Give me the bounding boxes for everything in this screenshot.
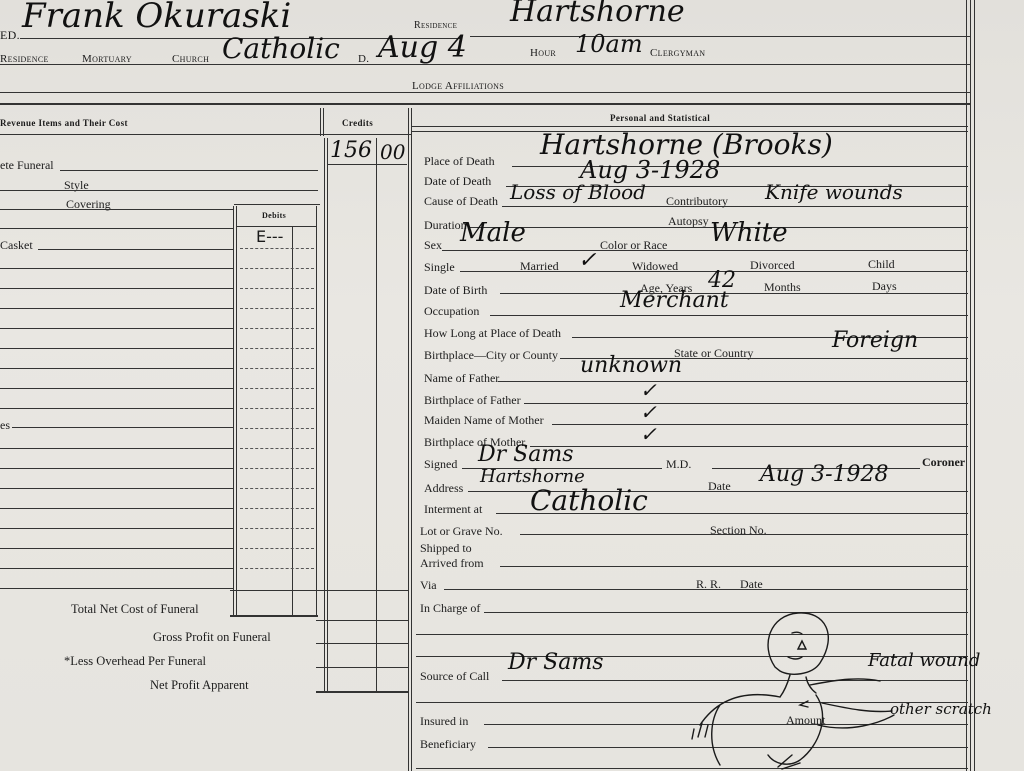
personal-title: Personal and Statistical bbox=[610, 113, 710, 123]
deceased-name: Frank Okuraski bbox=[22, 0, 291, 36]
name-of-father-value: unknown bbox=[580, 353, 682, 378]
hour-label: Hour bbox=[530, 47, 556, 59]
deceased-label: ED. bbox=[0, 28, 20, 43]
section-label: Section No. bbox=[710, 523, 767, 538]
gross-profit-label: Gross Profit on Funeral bbox=[153, 630, 271, 645]
funeral-record-page: ED. Frank Okuraski Residence Hartshorne … bbox=[0, 0, 1024, 771]
revenue-item-es: es bbox=[0, 418, 10, 433]
birthplace-father-label: Birthplace of Father bbox=[424, 393, 521, 408]
date-of-birth-label: Date of Birth bbox=[424, 283, 487, 298]
debits-title: Debits bbox=[262, 211, 286, 220]
source-of-call-value: Dr Sams bbox=[508, 650, 604, 675]
state-country-value: Foreign bbox=[832, 328, 918, 353]
address-label: Address bbox=[424, 481, 463, 496]
revenue-item-funeral: ete Funeral bbox=[0, 158, 54, 173]
occupation-label: Occupation bbox=[424, 304, 479, 319]
signed-label: Signed bbox=[424, 457, 457, 472]
signed-value: Dr Sams bbox=[478, 442, 574, 467]
credit-amount-cents: 00 bbox=[380, 140, 405, 164]
race-value: White bbox=[710, 218, 788, 248]
wound-sketch-drawing bbox=[680, 605, 980, 771]
days-label: Days bbox=[872, 279, 897, 294]
credits-title: Credits bbox=[342, 118, 373, 128]
interment-label: Interment at bbox=[424, 502, 482, 517]
md-label: M.D. bbox=[666, 457, 691, 472]
beneficiary-label: Beneficiary bbox=[420, 737, 476, 752]
source-of-call-label: Source of Call bbox=[420, 669, 489, 684]
date-signed-value: Aug 3-1928 bbox=[760, 462, 889, 487]
sex-value: Male bbox=[460, 218, 526, 248]
sketch-note-fatal-wound: Fatal wound bbox=[868, 650, 980, 671]
contributory-value: Knife wounds bbox=[765, 180, 903, 204]
birthplace-city-label: Birthplace—City or County bbox=[424, 348, 558, 363]
revenue-title: Revenue Items and Their Cost bbox=[0, 118, 128, 128]
insured-in-label: Insured in bbox=[420, 714, 468, 729]
single-label: Single bbox=[424, 260, 455, 275]
lot-grave-label: Lot or Grave No. bbox=[420, 524, 503, 539]
name-of-father-label: Name of Father bbox=[424, 371, 499, 386]
church-value: Catholic bbox=[222, 32, 340, 65]
revenue-item-casket: Casket bbox=[0, 238, 33, 253]
hour-value: 10am bbox=[575, 30, 643, 58]
cause-of-death-label: Cause of Death bbox=[424, 194, 498, 209]
arrived-from-label: Arrived from bbox=[420, 556, 484, 571]
birthplace-mother-checkmark: ✓ bbox=[640, 422, 657, 446]
child-label: Child bbox=[868, 257, 895, 272]
coroner-label: Coroner bbox=[922, 455, 965, 470]
maiden-name-mother-label: Maiden Name of Mother bbox=[424, 413, 544, 428]
occupation-value: Merchant bbox=[620, 288, 729, 313]
net-profit-label: Net Profit Apparent bbox=[150, 678, 249, 693]
maiden-name-mother-checkmark: ✓ bbox=[640, 400, 657, 424]
funeral-date-value: Aug 4 bbox=[378, 30, 467, 65]
birthplace-father-checkmark: ✓ bbox=[640, 378, 657, 402]
via-label: Via bbox=[420, 578, 437, 593]
total-net-cost-label: Total Net Cost of Funeral bbox=[71, 602, 199, 617]
how-long-label: How Long at Place of Death bbox=[424, 326, 561, 341]
credit-amount-dollars: 156 bbox=[330, 138, 372, 163]
married-checkmark: ✓ bbox=[578, 248, 596, 273]
cause-of-death-value: Loss of Blood bbox=[510, 180, 646, 204]
lodge-label: Lodge Affiliations bbox=[412, 80, 504, 92]
clergyman-label: Clergyman bbox=[650, 47, 705, 59]
less-overhead-label: *Less Overhead Per Funeral bbox=[64, 654, 206, 669]
sex-label: Sex bbox=[424, 238, 442, 253]
date-of-death-label: Date of Death bbox=[424, 174, 491, 189]
shipped-to-label: Shipped to bbox=[420, 541, 472, 556]
debit-entry: E--- bbox=[256, 227, 283, 246]
sketch-note-other-scratch: other scratch bbox=[890, 700, 992, 718]
in-charge-label: In Charge of bbox=[420, 601, 480, 616]
place-of-death-label: Place of Death bbox=[424, 154, 495, 169]
residence-value: Hartshorne bbox=[510, 0, 685, 29]
